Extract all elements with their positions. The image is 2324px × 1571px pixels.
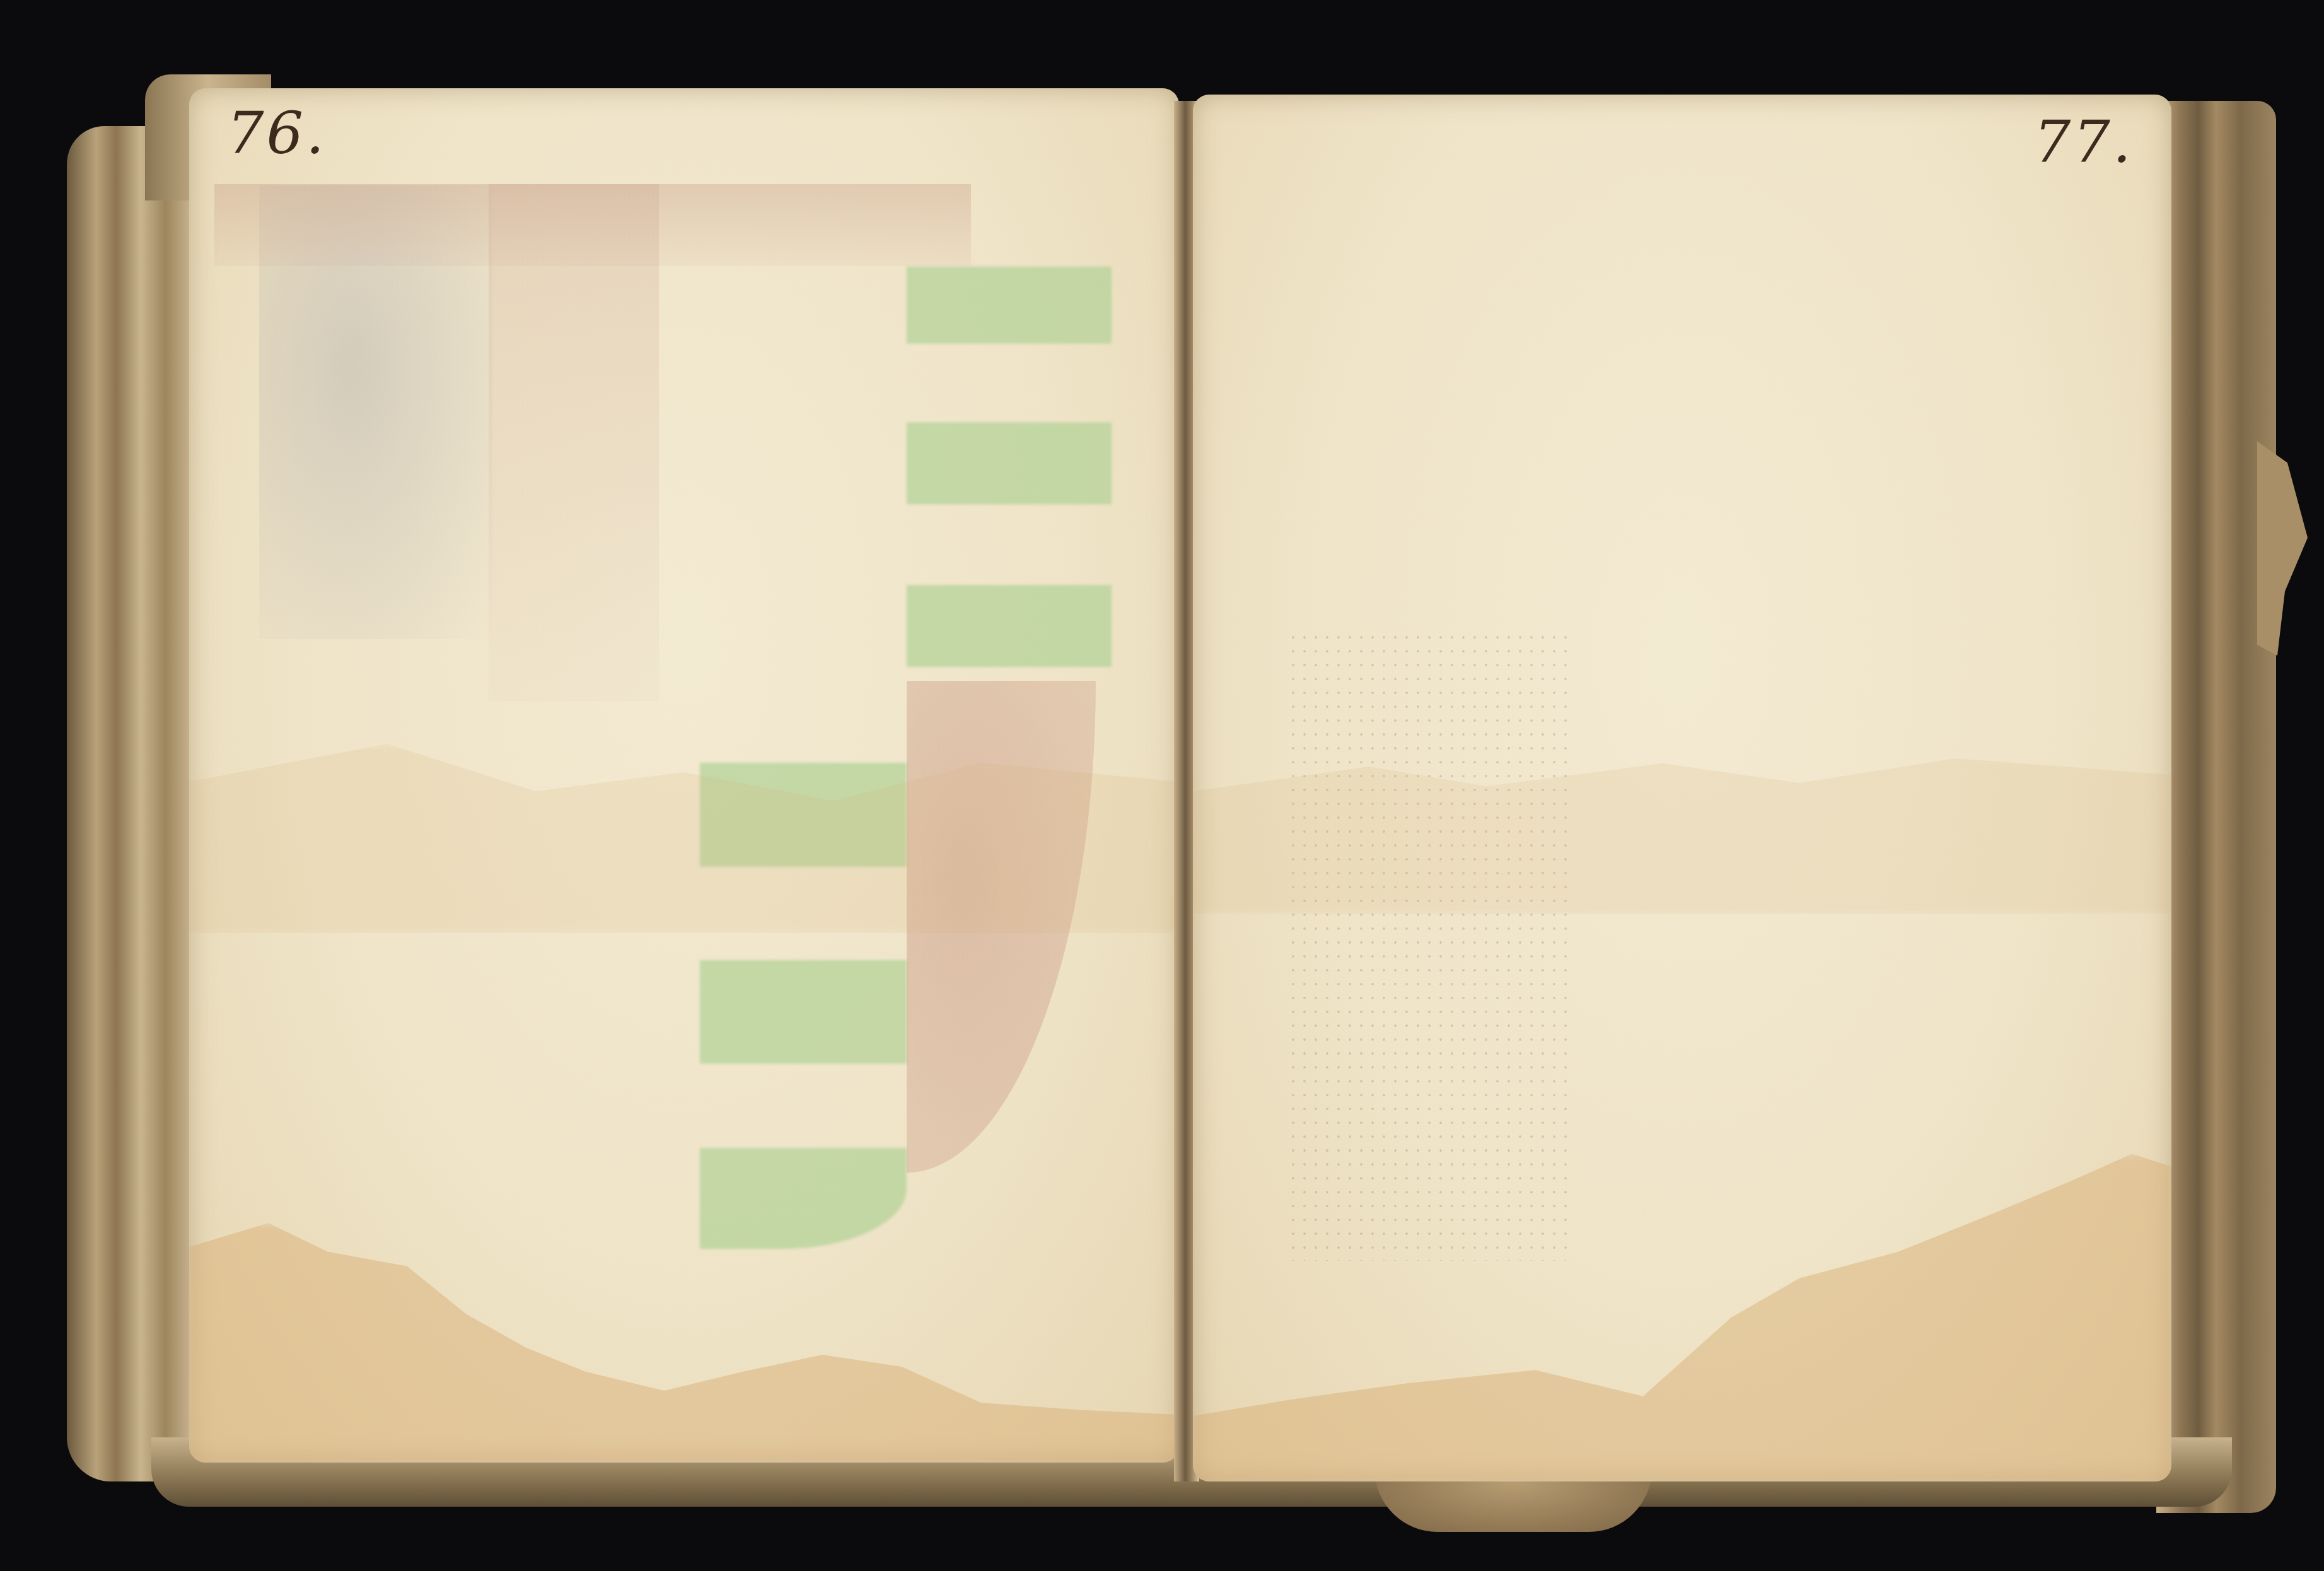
page-number-left: 76.	[227, 100, 327, 167]
right-fore-edge	[2156, 101, 2276, 1513]
shield-green-bar	[907, 422, 1112, 504]
torn-page-fragment	[2257, 441, 2308, 656]
right-page: 77.	[1193, 95, 2171, 1481]
shield-green-bar	[907, 585, 1112, 667]
foxing-speckles	[1287, 630, 1571, 1261]
water-stain	[189, 1223, 1179, 1463]
shield-green-bar	[700, 1148, 907, 1249]
left-page: 76.	[189, 88, 1179, 1463]
shield-green-bar	[700, 960, 907, 1064]
water-stain	[189, 744, 1179, 933]
shield-red-pale	[489, 184, 659, 701]
shield-green-bar	[907, 267, 1112, 344]
page-number-right: 77.	[2034, 108, 2134, 176]
water-stain	[1193, 750, 2171, 914]
